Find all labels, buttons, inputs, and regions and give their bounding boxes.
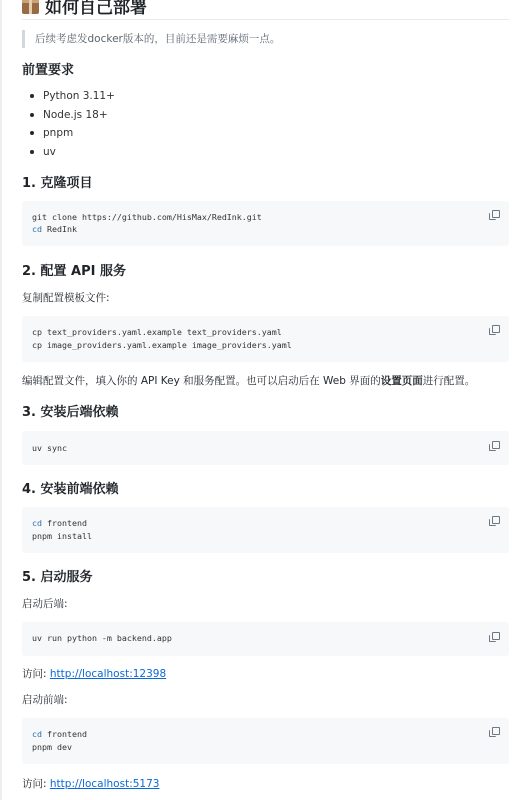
list-item: uv	[22, 143, 115, 162]
backend-start-code-block: uv run python -m backend.app	[22, 622, 509, 656]
title-divider	[22, 19, 509, 20]
backend-label: 启动后端:	[22, 596, 68, 612]
code-line: pnpm install	[32, 530, 92, 542]
page-left-border	[0, 0, 2, 800]
code-line: cd frontend	[32, 728, 87, 740]
code-line: cd RedInk	[32, 223, 77, 235]
frontend-label: 启动前端:	[22, 692, 68, 708]
note-blockquote: 后续考虑发docker版本的，目前还是需要麻烦一点。	[22, 30, 280, 48]
frontend-start-code-block: cd frontend pnpm dev	[22, 718, 509, 764]
start-heading: 5. 启动服务	[22, 569, 93, 587]
config-code-block: cp text_providers.yaml.example text_prov…	[22, 316, 509, 362]
frontend-visit: 访问: http://localhost:5173	[22, 776, 159, 792]
code-line: pnpm dev	[32, 741, 72, 753]
section-title: 如何自己部署	[22, 0, 509, 18]
copy-icon[interactable]	[489, 727, 499, 737]
backend-deps-code-block: uv sync	[22, 431, 509, 465]
backend-visit: 访问: http://localhost:12398	[22, 666, 166, 682]
config-heading: 2. 配置 API 服务	[22, 263, 126, 281]
list-item: pnpm	[22, 124, 115, 143]
code-line: uv sync	[32, 442, 67, 454]
prerequisites-list: Python 3.11+ Node.js 18+ pnpm uv	[22, 87, 115, 162]
clone-code-block: git clone https://github.com/HisMax/RedI…	[22, 201, 509, 246]
clone-heading: 1. 克隆项目	[22, 175, 93, 193]
list-item: Python 3.11+	[22, 87, 115, 106]
frontend-url-link[interactable]: http://localhost:5173	[50, 778, 160, 790]
copy-icon[interactable]	[489, 441, 499, 451]
backend-deps-heading: 3. 安装后端依赖	[22, 404, 119, 422]
copy-icon[interactable]	[489, 210, 499, 220]
copy-icon[interactable]	[489, 516, 499, 526]
package-box-icon	[22, 0, 39, 14]
code-line: cp text_providers.yaml.example text_prov…	[32, 326, 282, 338]
config-intro: 复制配置模板文件:	[22, 290, 110, 306]
settings-page-emphasis: 设置页面	[381, 375, 423, 387]
config-instructions: 编辑配置文件，填入你的 API Key 和服务配置。也可以启动后在 Web 界面…	[22, 373, 475, 389]
backend-url-link[interactable]: http://localhost:12398	[50, 668, 166, 680]
code-line: cp image_providers.yaml.example image_pr…	[32, 339, 292, 351]
frontend-deps-heading: 4. 安装前端依赖	[22, 481, 119, 499]
code-line: cd frontend	[32, 517, 87, 529]
frontend-deps-code-block: cd frontend pnpm install	[22, 507, 509, 553]
section-title-text: 如何自己部署	[45, 0, 147, 18]
code-line: git clone https://github.com/HisMax/RedI…	[32, 211, 262, 223]
prerequisites-heading: 前置要求	[22, 62, 74, 80]
copy-icon[interactable]	[489, 325, 499, 335]
code-line: uv run python -m backend.app	[32, 632, 172, 644]
list-item: Node.js 18+	[22, 106, 115, 125]
copy-icon[interactable]	[489, 632, 499, 642]
